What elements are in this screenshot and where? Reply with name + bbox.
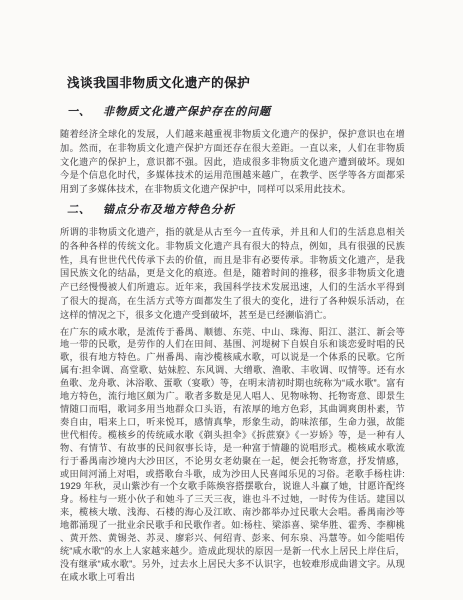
section-1-paragraph: 随着经济全球化的发展，人们越来越重视非物质文化遗产的保护，保护意识也在增加。然而… xyxy=(60,128,405,197)
section-1-heading-text: 非物质文化遗产保护存在的问题 xyxy=(103,105,271,118)
document-page: 浅谈我国非物质文化遗产的保护 一、非物质文化遗产保护存在的问题 随着经济全球化的… xyxy=(0,0,463,600)
section-1-number: 一、 xyxy=(67,105,91,118)
section-2-heading: 二、锚点分布及地方特色分析 xyxy=(67,204,405,216)
section-1-heading: 一、非物质文化遗产保护存在的问题 xyxy=(67,106,405,118)
section-2-heading-text: 锚点分布及地方特色分析 xyxy=(103,203,235,216)
section-2-number: 二、 xyxy=(67,203,91,216)
document-content: 浅谈我国非物质文化遗产的保护 一、非物质文化遗产保护存在的问题 随着经济全球化的… xyxy=(60,77,405,584)
section-2-paragraph-1: 所谓的非物质文化遗产，指的就是从古至今一直传承，并且和人们的生活息息相关的各种各… xyxy=(60,226,405,323)
document-title: 浅谈我国非物质文化遗产的保护 xyxy=(67,77,405,90)
section-2-paragraph-2: 在广东的咸水歌，是流传于番禺、顺德、东莞、中山、珠海、阳江、湛江、新会等地一带的… xyxy=(60,326,405,584)
